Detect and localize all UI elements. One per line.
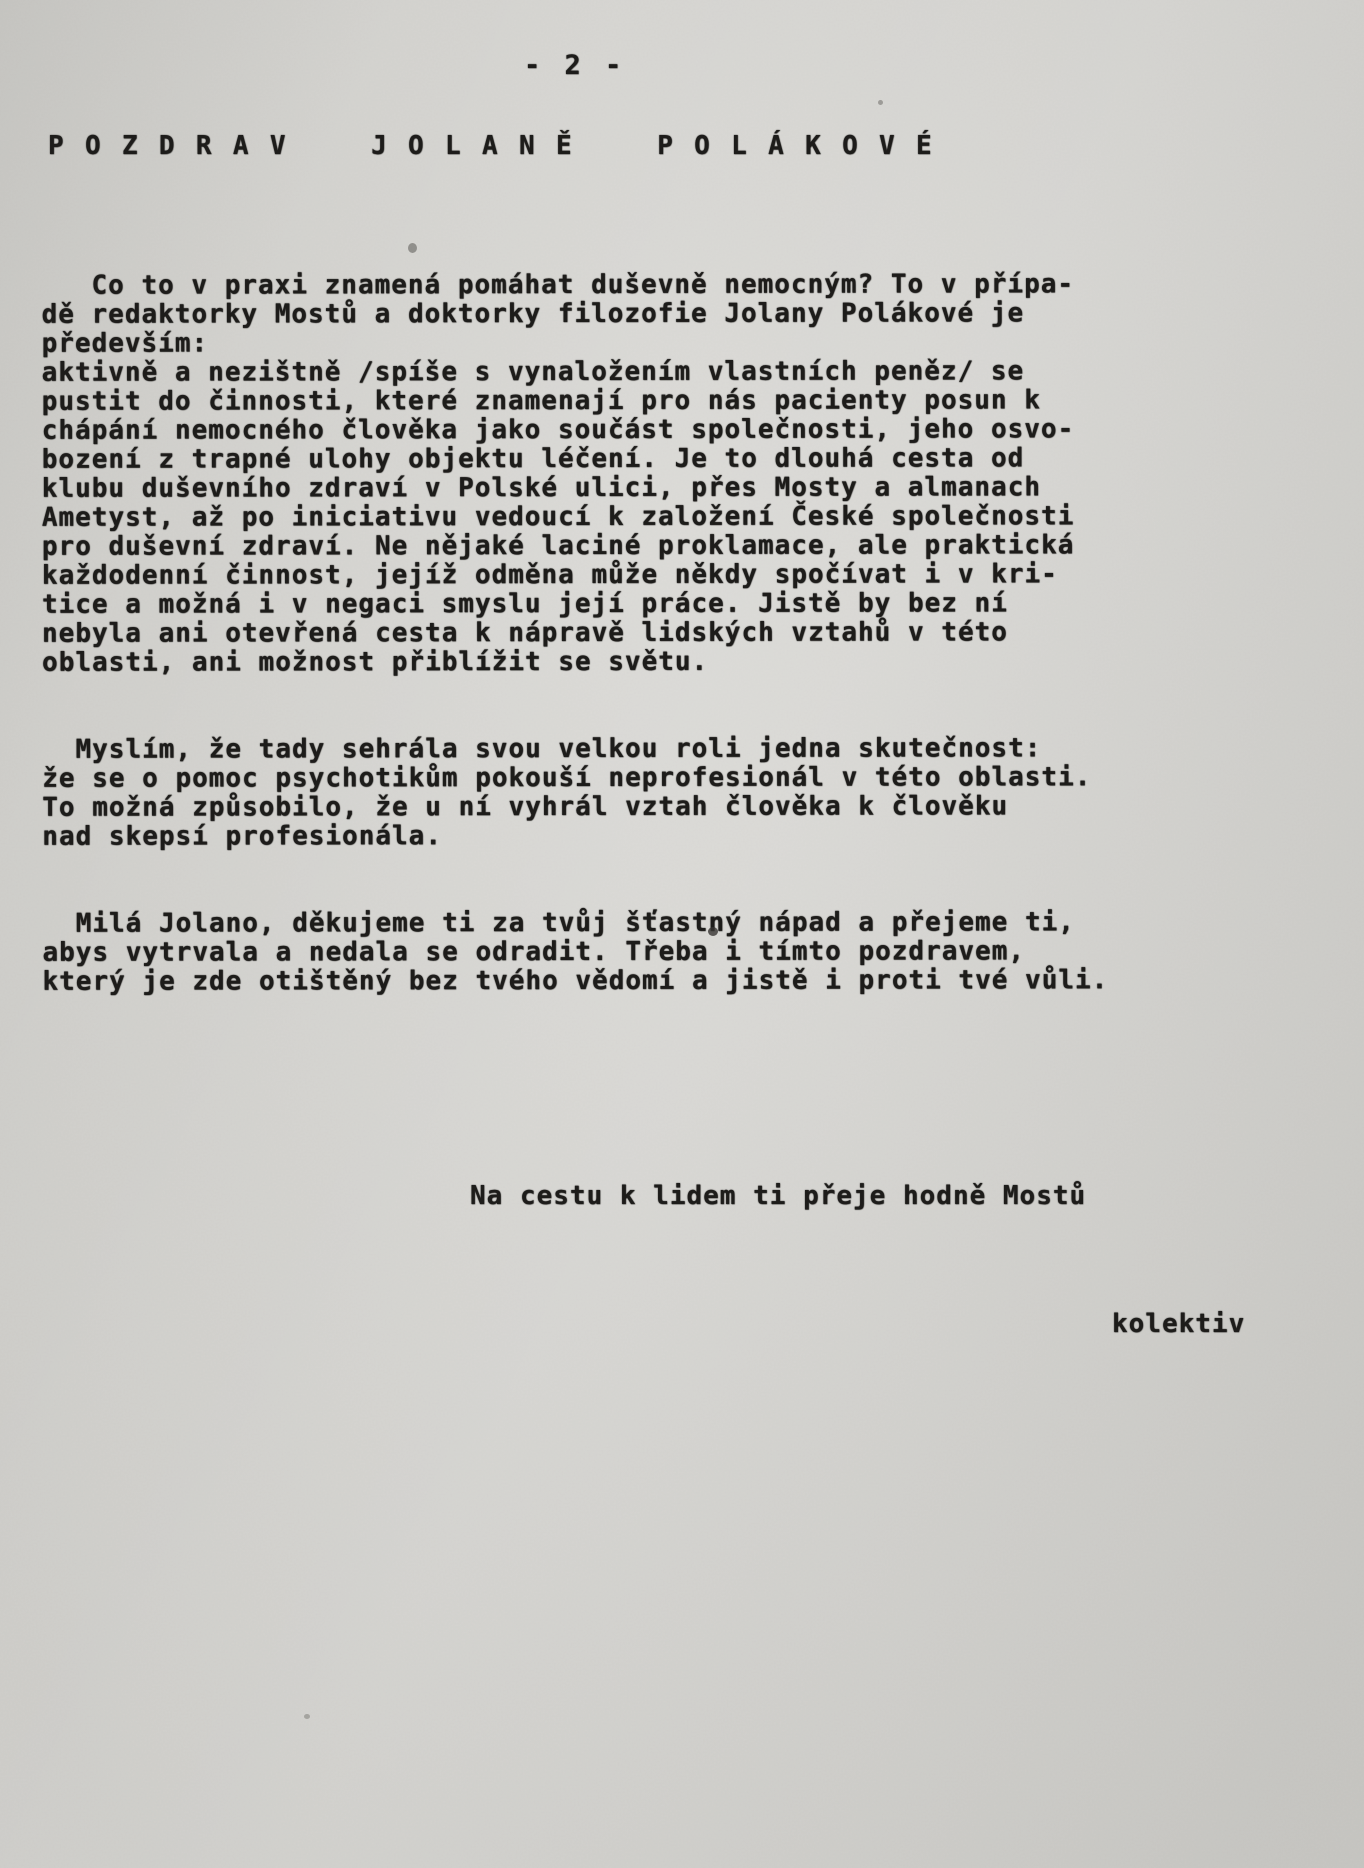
text-line: Ametyst, až po iniciativu vedoucí k zalo…	[42, 502, 1108, 532]
text-line: že se o pomoc psychotikům pokouší neprof…	[42, 763, 1108, 793]
text-line: pustit do činnosti, které znamenají pro …	[42, 386, 1108, 416]
page-number: - 2 -	[524, 50, 625, 81]
typewritten-body: Co to v praxi znamená pomáhat duševně ne…	[41, 212, 1108, 1054]
paragraph: Co to v praxi znamená pomáhat duševně ne…	[41, 270, 1107, 677]
text-line: Milá Jolano, děkujeme ti za tvůj šťastný…	[42, 908, 1108, 938]
text-line: oblasti, ani možnost přiblížit se světu.	[42, 647, 1108, 677]
text-line: nad skepsí profesionála.	[42, 821, 1108, 851]
signature: kolektiv	[1112, 1309, 1245, 1339]
closing-wish: Na cestu k lidem ti přeje hodně Mostů	[470, 1181, 1086, 1211]
typewritten-page: - 2 - POZDRAV JOLANĚ POLÁKOVÉ Co to v pr…	[0, 0, 1364, 1868]
text-line: To možná způsobilo, že u ní vyhrál vztah…	[42, 792, 1108, 822]
text-line: abys vytrvala a nedala se odradit. Třeba…	[42, 937, 1108, 967]
text-line: pro duševní zdraví. Ne nějaké laciné pro…	[42, 531, 1108, 561]
text-line: aktivně a nezištně /spíše s vynaložením …	[42, 357, 1108, 387]
paragraph: Milá Jolano, děkujeme ti za tvůj šťastný…	[42, 908, 1108, 996]
text-line: dě redaktorky Mostů a doktorky filozofie…	[42, 299, 1108, 329]
paper-speck	[878, 100, 883, 105]
text-line: tice a možná i v negaci smyslu její prác…	[42, 589, 1108, 619]
text-line: Co to v praxi znamená pomáhat duševně ne…	[41, 270, 1107, 300]
text-line: chápání nemocného člověka jako součást s…	[42, 415, 1108, 445]
paragraph: Myslím, že tady sehrála svou velkou roli…	[42, 734, 1108, 851]
text-line: nebyla ani otevřená cesta k nápravě lids…	[42, 618, 1108, 648]
text-line: bození z trapné ulohy objektu léčení. Je…	[42, 444, 1108, 474]
text-line: který je zde otištěný bez tvého vědomí a…	[42, 966, 1108, 996]
text-line: klubu duševního zdraví v Polské ulici, p…	[42, 473, 1108, 503]
text-line: především:	[42, 328, 1108, 358]
text-line: Myslím, že tady sehrála svou velkou roli…	[42, 734, 1108, 764]
paper-speck	[304, 1714, 310, 1719]
text-line: každodenní činnost, jejíž odměna může ně…	[42, 560, 1108, 590]
page-title: POZDRAV JOLANĚ POLÁKOVÉ	[48, 131, 953, 161]
